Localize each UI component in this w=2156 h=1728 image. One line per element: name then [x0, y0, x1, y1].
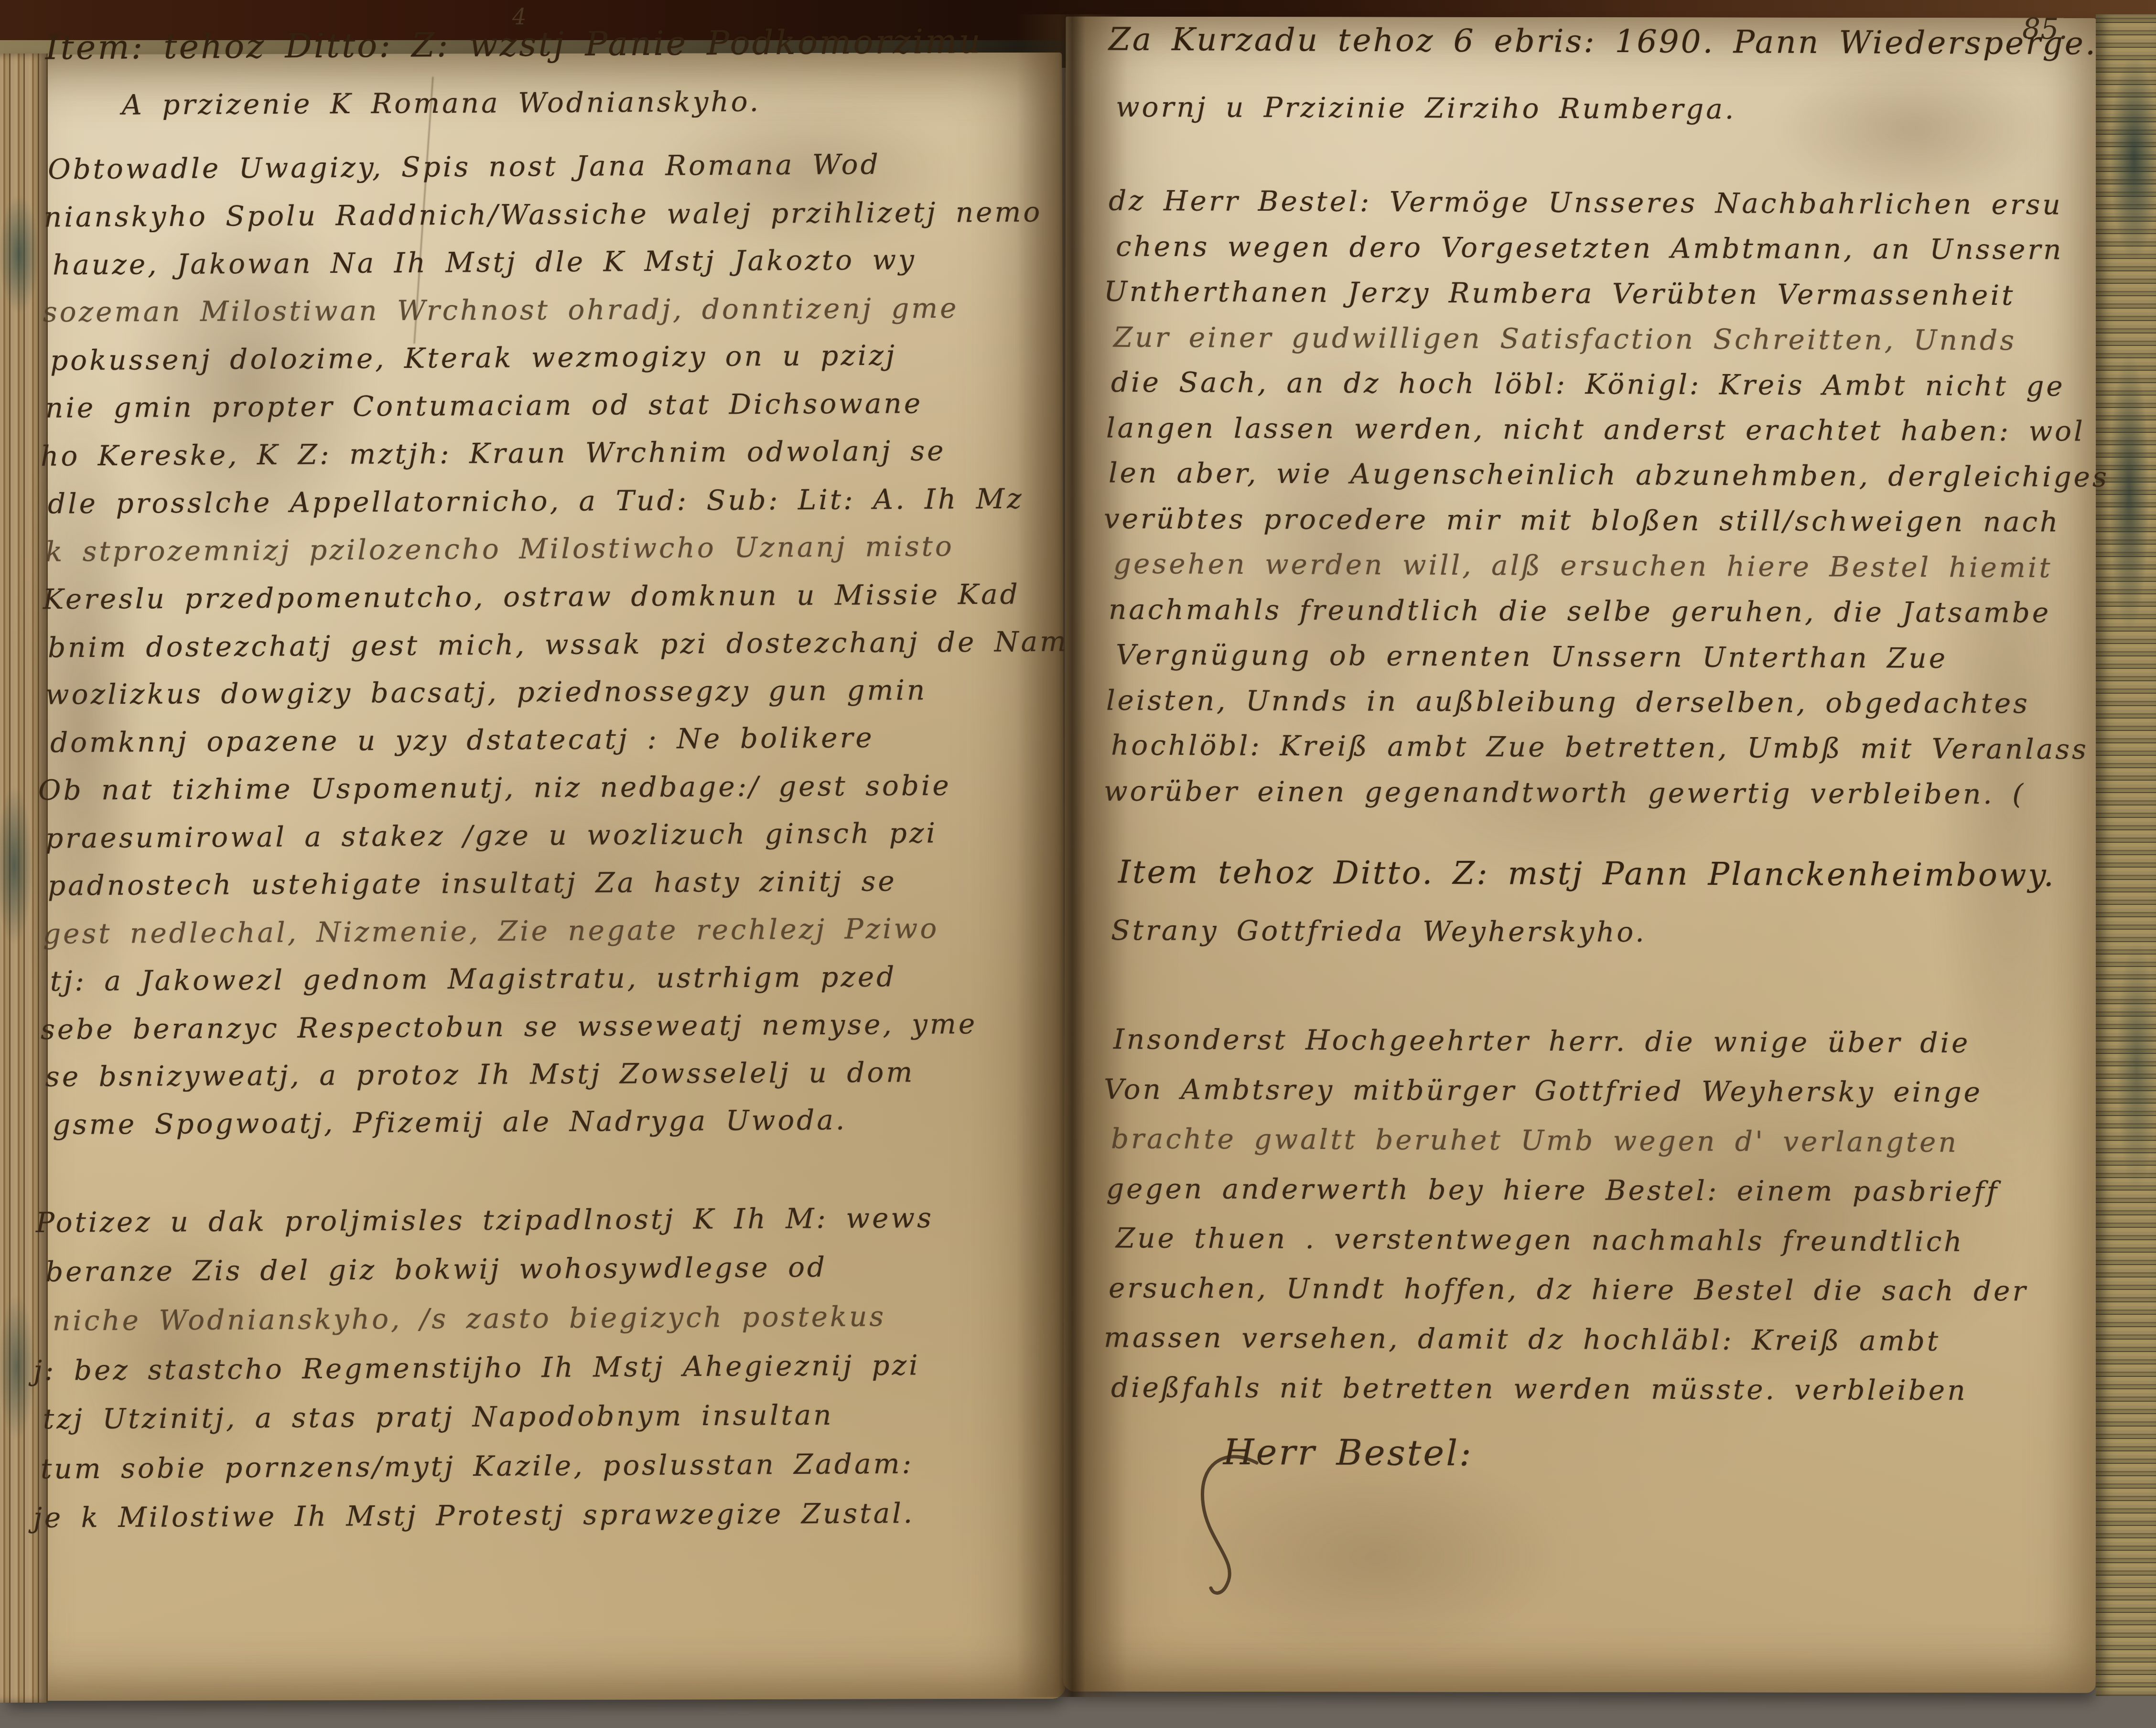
manuscript-line: nianskyho Spolu Raddnich/Wassiche walej … [44, 196, 1043, 234]
manuscript-line: je k Milostiwe Ih Mstj Protestj sprawzeg… [33, 1497, 915, 1534]
manuscript-line: die Sach, an dz hoch löbl: Königl: Kreis… [1111, 366, 2065, 403]
manuscript-line: gegen anderwerth bey hiere Bestel: einem… [1106, 1172, 1999, 1208]
manuscript-line: Obtowadle Uwagizy, Spis nost Jana Romana… [48, 148, 881, 186]
manuscript-line: se bsnizyweatj, a protoz Ih Mstj Zowssel… [45, 1056, 915, 1093]
manuscript-line: bnim dostezchatj gest mich, wssak pzi do… [48, 625, 1069, 664]
manuscript-line: Vergnügung ob ernenten Unssern Unterthan… [1116, 638, 1948, 675]
manuscript-line: gest nedlechal, Nizmenie, Zie negate rec… [43, 912, 939, 950]
manuscript-line: padnostech ustehigate insultatj Za hasty… [48, 865, 897, 902]
date-heading-line: Za Kurzadu tehoz 6 ebris: 1690. Pann Wie… [1109, 21, 2097, 62]
manuscript-line: len aber, wie Augenscheinlich abzunehmbe… [1109, 456, 2109, 493]
manuscript-line: nachmahls freundtlich die selbe geruhen,… [1109, 593, 2051, 629]
manuscript-line: tj: a Jakowezl gednom Magistratu, ustrhi… [50, 960, 897, 997]
manuscript-line: Zue thuen . verstentwegen nachmahls freu… [1116, 1222, 1964, 1258]
date-heading-line: wornj u Przizinie Zirziho Rumberga. [1116, 91, 1736, 126]
manuscript-line: j: bez stastcho Regmenstijho Ih Mstj Ahe… [33, 1349, 920, 1386]
manuscript-line: tzj Utzinitj, a stas pratj Napodobnym in… [43, 1399, 834, 1436]
manuscript-line: dz Herr Bestel: Vermöge Unsseres Nachbah… [1109, 184, 2063, 221]
entry-heading-line: A przizenie K Romana Wodnianskyho. [122, 86, 761, 121]
entry-heading-line: Item: tehoz Ditto: Z: wzstj Panie Podkom… [45, 21, 982, 67]
manuscript-line: niche Wodnianskyho, /s zasto biegizych p… [53, 1300, 886, 1337]
manuscript-line: verübtes procedere mir mit bloßen still/… [1104, 503, 2060, 538]
entry-heading-line: Item tehoz Ditto. Z: mstj Pann Planckenh… [1118, 854, 2056, 894]
manuscript-line: nie gmin propter Contumaciam od stat Dic… [45, 387, 923, 424]
manuscript-line: brachte gwaltt beruhet Umb wegen d' verl… [1111, 1122, 1959, 1159]
manuscript-line: massen versehen, damit dz hochläbl: Krei… [1104, 1321, 1940, 1357]
manuscript-line: hochlöbl: Kreiß ambt Zue betretten, Umbß… [1111, 729, 2089, 766]
manuscript-line: sozeman Milostiwan Wrchnost ohradj, donn… [43, 292, 959, 328]
manuscript-line: domknnj opazene u yzy dstatecatj : Ne bo… [50, 721, 874, 759]
manuscript-line: pokussenj dolozime, Kterak wezmogizy on … [50, 339, 897, 377]
manuscript-line: wozlizkus dowgizy bacsatj, pziednossegzy… [45, 674, 927, 711]
right-fore-edge-stack [2096, 14, 2156, 1696]
manuscript-line: Zur einer gudwilligen Satisfaction Schre… [1113, 321, 2016, 357]
manuscript-line: ersuchen, Unndt hoffen, dz hiere Bestel … [1109, 1272, 2028, 1308]
manuscript-line: hauze, Jakowan Na Ih Mstj dle K Mstj Jak… [53, 243, 916, 281]
manuscript-line: chens wegen dero Vorgesetzten Ambtmann, … [1116, 230, 2064, 266]
manuscript-book-scan: 85. 4 Item: tehoz Ditto: Z: wzstj Panie … [0, 0, 2156, 1728]
manuscript-line: praesumirowal a stakez /gze u wozlizuch … [45, 816, 938, 854]
manuscript-line: leisten, Unnds in außbleibung derselben,… [1106, 684, 2030, 720]
manuscript-line: worüber einen gegenandtworth gewertig ve… [1104, 775, 2026, 811]
manuscript-line: dießfahls nit betretten werden müsste. v… [1111, 1371, 1968, 1406]
manuscript-line: k stprozemnizj pzilozencho Milostiwcho U… [45, 530, 954, 568]
manuscript-line: ho Kereske, K Z: mztjh: Kraun Wrchnim od… [41, 434, 946, 472]
manuscript-line: langen lassen werden, nicht anderst erac… [1106, 411, 2085, 447]
manuscript-line: Potizez u dak proljmisles tzipadlnostj K… [36, 1202, 934, 1239]
entry-heading-line: Strany Gottfrieda Weyherskyho. [1111, 914, 1647, 948]
signature: Herr Bestel: [1223, 1432, 1473, 1474]
manuscript-line: Von Ambtsrey mitbürger Gottfried Weyhers… [1104, 1073, 1983, 1108]
manuscript-line: tum sobie pornzens/mytj Kazile, poslusst… [41, 1447, 914, 1485]
manuscript-line: Ob nat tizhime Uspomenutj, niz nedbage:/… [38, 769, 951, 806]
manuscript-line: Kereslu przedpomenutcho, ostraw domknun … [43, 578, 1020, 616]
manuscript-line: Insonderst Hochgeehrter herr. die wnige … [1113, 1023, 1971, 1059]
manuscript-line: sebe beranzyc Respectobun se wsseweatj n… [41, 1008, 978, 1046]
manuscript-line: gesehen werden will, alß ersuchen hiere … [1113, 547, 2053, 584]
manuscript-line: dle prosslche Appellatornicho, a Tud: Su… [48, 483, 1024, 520]
manuscript-line: gsme Spogwoatj, Pfizemij ale Nadryga Uwo… [53, 1104, 847, 1141]
manuscript-line: beranze Zis del giz bokwij wohosywdlegse… [45, 1251, 828, 1288]
manuscript-line: Untherthanen Jerzy Rumbera Verübten Verm… [1104, 275, 2016, 311]
